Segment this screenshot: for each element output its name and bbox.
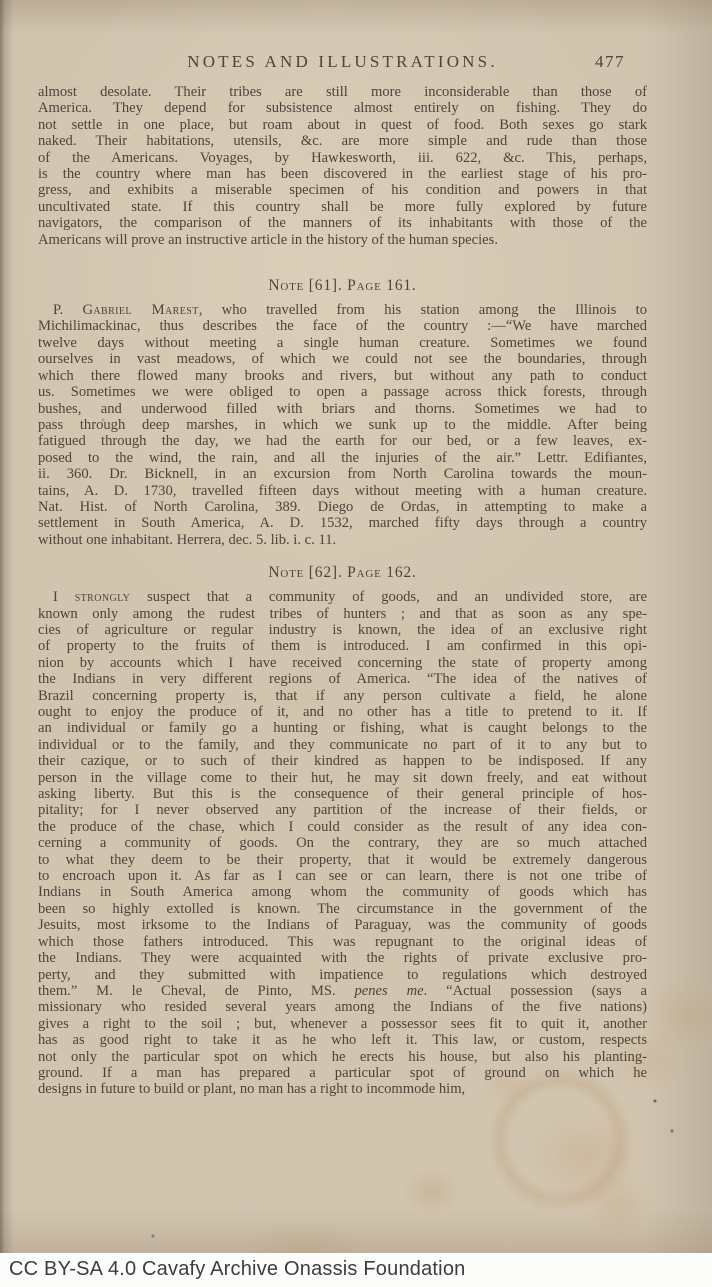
text-line: is the country where man has been discov… [38,166,647,182]
text-line: has as good right to take it as he who l… [38,1032,647,1048]
text-line: Indians in South America among whom the … [38,884,647,900]
text-line: designs in future to build or plant, no … [38,1081,647,1097]
text-column: NOTES AND ILLUSTRATIONS. 477 almost deso… [38,0,647,1098]
text-line: asking liberty. But this is the conseque… [38,786,647,802]
text-line: which there flowed many brooks and river… [38,368,647,384]
text-line: fatigued through the day, we had the ear… [38,433,647,449]
text-line: almost desolate. Their tribes are still … [38,84,647,100]
text-line: ought to enjoy the produce of it, and no… [38,704,647,720]
scanned-book-page: NOTES AND ILLUSTRATIONS. 477 almost deso… [0,0,712,1253]
text-line: P. Gabriel Marest, who travelled from hi… [38,302,647,318]
text-line: of the Americans. Voyages, by Hawkeswort… [38,150,647,166]
running-header: NOTES AND ILLUSTRATIONS. 477 [38,52,647,70]
text-line: been so highly extolled is known. The ci… [38,901,647,917]
text-line: missionary who resided several years amo… [38,999,647,1015]
text-line: pitality; for I never observed any parti… [38,802,647,818]
text-line: person in the village come to their hut,… [38,770,647,786]
text-line: I strongly suspect that a community of g… [38,589,647,605]
text-line: known only among the rudest tribes of hu… [38,606,647,622]
text-line: navigators, the comparison of the manner… [38,215,647,231]
page-number: 477 [595,52,625,72]
text-line: Americans will prove an instructive arti… [38,232,647,248]
footer-bar: CC BY-SA 4.0 Cavafy Archive Onassis Foun… [0,1253,712,1287]
page-title: NOTES AND ILLUSTRATIONS. [187,52,498,71]
text-line: their cazique, or to such of their kindr… [38,753,647,769]
text-line: Nat. Hist. of North Carolina, 389. Diego… [38,499,647,515]
page-body: almost desolate. Their tribes are still … [38,84,647,1098]
text-line: individual or to the family, and they co… [38,737,647,753]
text-line: Jesuits, most irksome to the Indians of … [38,917,647,933]
text-line: us. Sometimes we were obliged to open a … [38,384,647,400]
text-line: the produce of the chase, which I could … [38,819,647,835]
note-heading: Note [61]. Page 161. [38,277,647,295]
text-line: to what they deem to be their property, … [38,852,647,868]
text-line: them.” M. le Cheval, de Pinto, MS. penes… [38,983,647,999]
text-line: perty, and they submitted with impatienc… [38,967,647,983]
text-line: settlement in South America, A. D. 1532,… [38,515,647,531]
text-line: cerning a community of goods. On the con… [38,835,647,851]
text-line: twelve days without meeting a single hum… [38,335,647,351]
paragraph: P. Gabriel Marest, who travelled from hi… [38,302,647,548]
text-line: gress, and exhibits a miserable specimen… [38,182,647,198]
text-line: ourselves in vast meadows, of which we c… [38,351,647,367]
text-line: nion by accounts which I have received c… [38,655,647,671]
text-line: the Indians in very different regions of… [38,671,647,687]
text-line: not settle in one place, but roam about … [38,117,647,133]
paragraph: almost desolate. Their tribes are still … [38,84,647,248]
text-line: naked. Their habitations, utensils, &c. … [38,133,647,149]
text-line: not only the particular spot on which he… [38,1049,647,1065]
text-line: ii. 360. Dr. Bicknell, in an excursion f… [38,466,647,482]
text-line: cies of agriculture or regular industry … [38,622,647,638]
text-line: Brazil concerning property is, that if a… [38,688,647,704]
text-line: tains, A. D. 1730, travelled fifteen day… [38,483,647,499]
text-line: posed to the wind, the rain, and all the… [38,450,647,466]
text-line: America. They depend for subsistence alm… [38,100,647,116]
paragraph: I strongly suspect that a community of g… [38,589,647,1098]
text-line: of property to the fruits of them is int… [38,638,647,654]
text-line: an individual or family go a hunting or … [38,720,647,736]
text-line: the Indians. They were acquainted with t… [38,950,647,966]
text-line: uncultivated state. If this country shal… [38,199,647,215]
note-heading: Note [62]. Page 162. [38,564,647,582]
text-line: to encroach upon it. As far as I can see… [38,868,647,884]
text-line: without one inhabitant. Herrera, dec. 5.… [38,532,647,548]
license-text: CC BY-SA 4.0 Cavafy Archive Onassis Foun… [0,1253,712,1286]
text-line: Michilimackinac, thus describes the face… [38,318,647,334]
text-line: pass through deep marshes, in which we s… [38,417,647,433]
text-line: bushes, and underwood filled with briars… [38,401,647,417]
text-line: gives a right to the soil ; but, wheneve… [38,1016,647,1032]
text-line: which those fathers introduced. This was… [38,934,647,950]
text-line: ground. If a man has prepared a particul… [38,1065,647,1081]
